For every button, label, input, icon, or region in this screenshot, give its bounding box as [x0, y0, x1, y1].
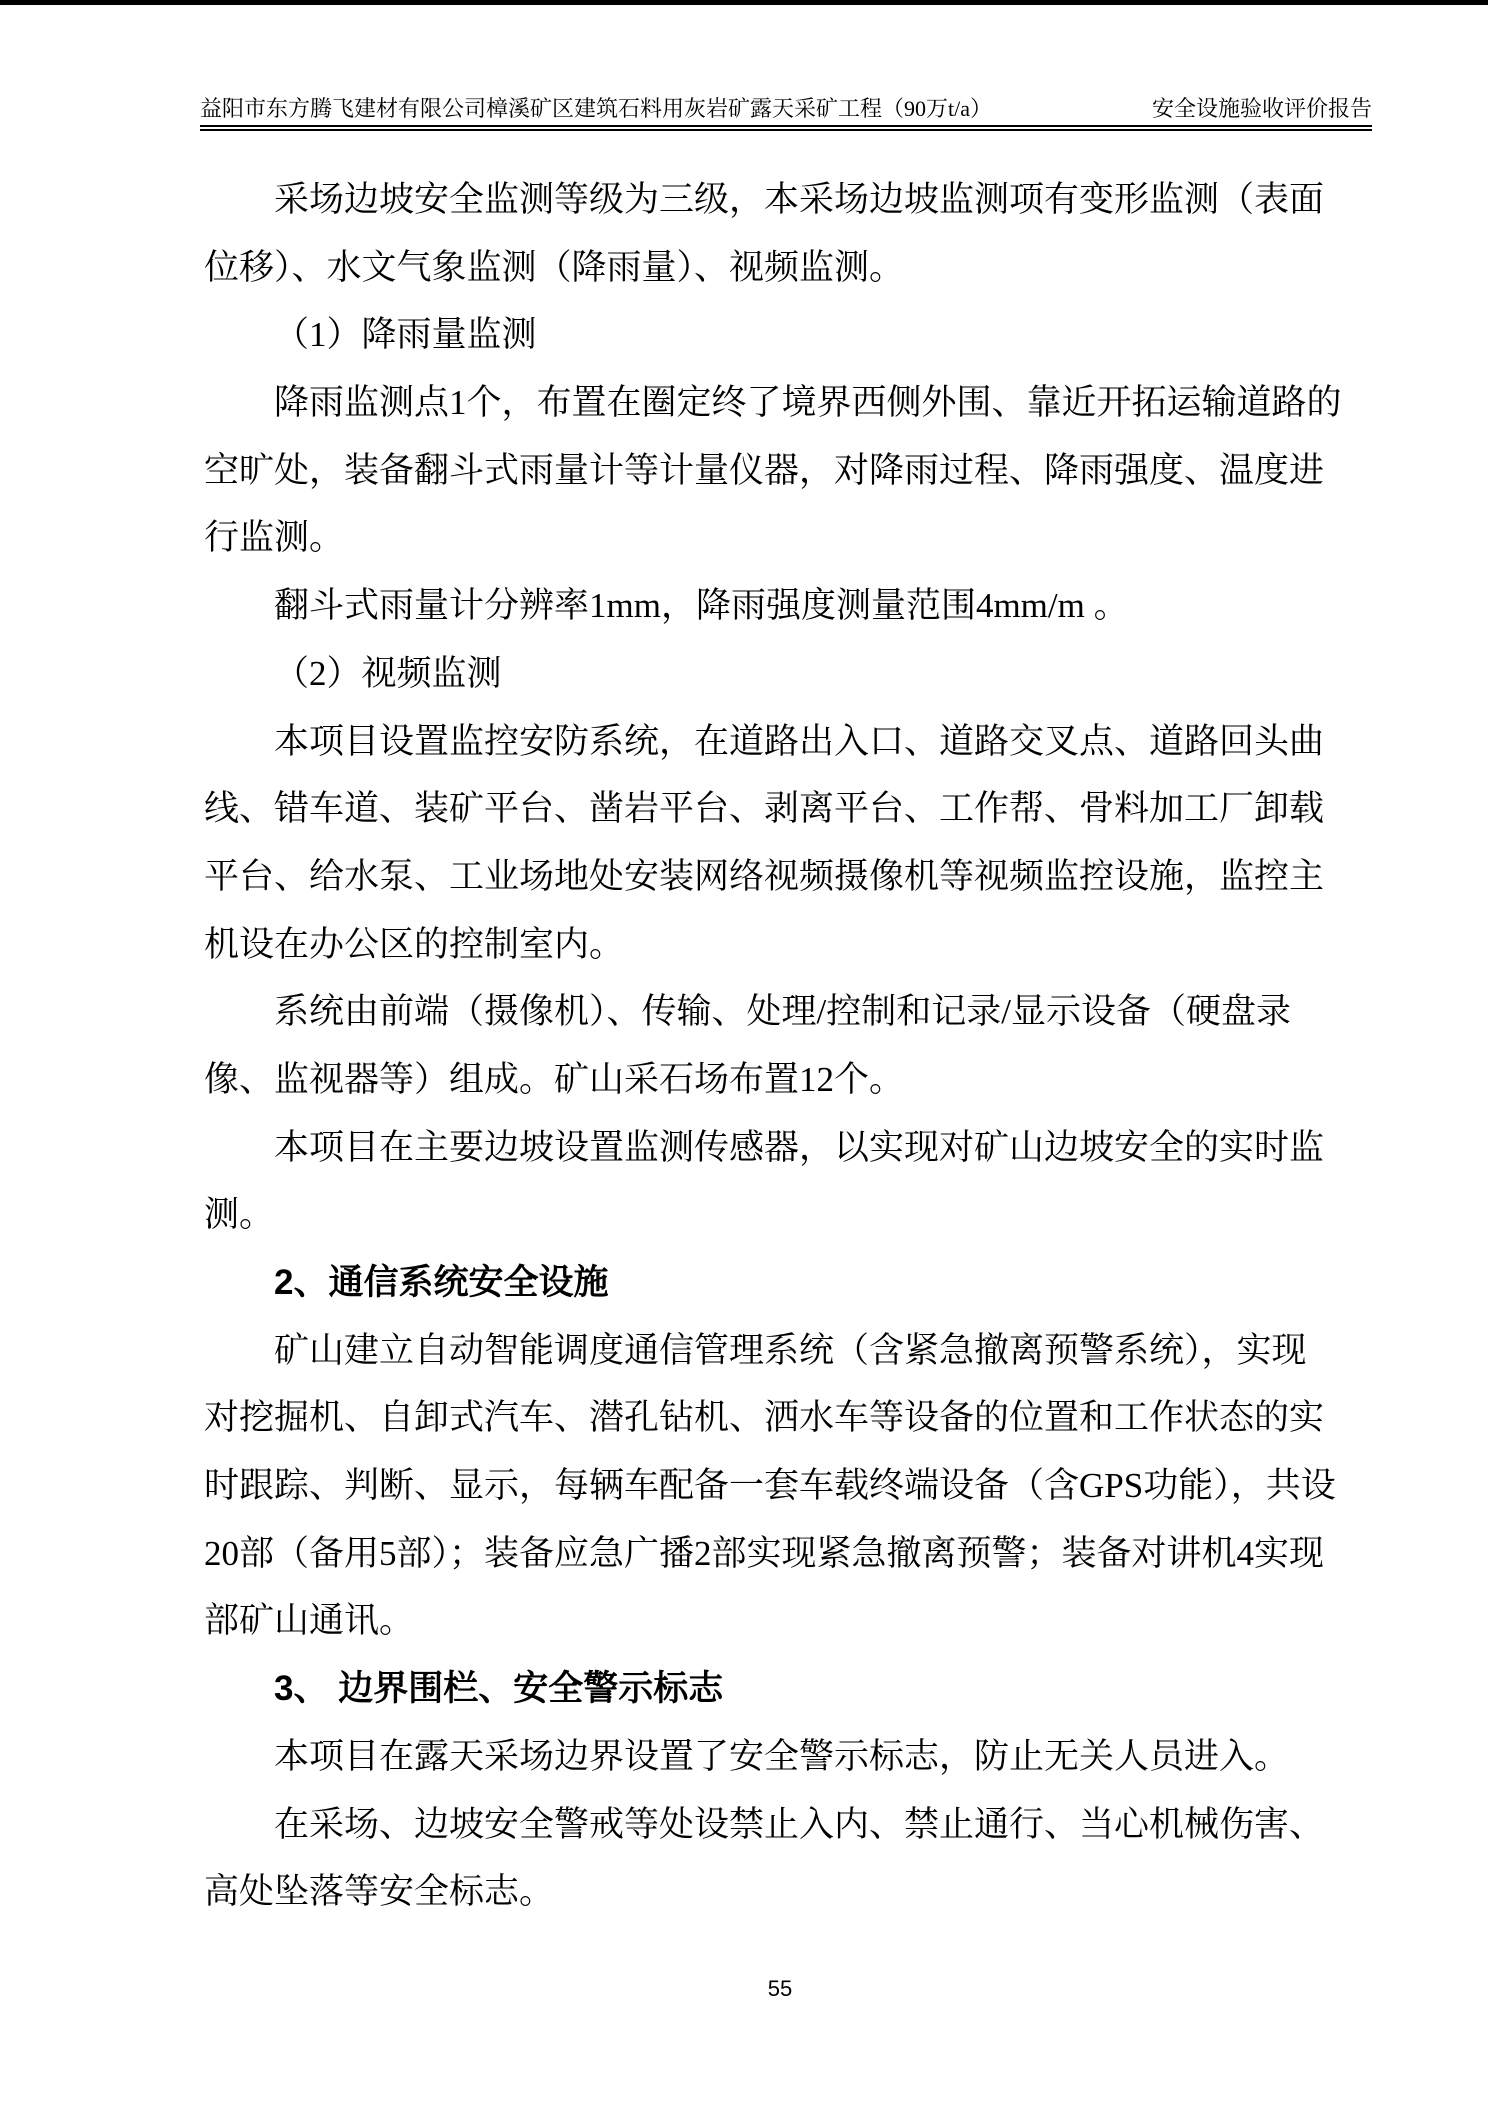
doc-line: 测。 [204, 1181, 1356, 1249]
page-header: 益阳市东方腾飞建材有限公司樟溪矿区建筑石料用灰岩矿露天采矿工程（90万t/a） … [200, 96, 1372, 131]
doc-line: 本项目设置监控安防系统，在道路出入口、道路交叉点、道路回头曲 [204, 708, 1356, 776]
document-page: 益阳市东方腾飞建材有限公司樟溪矿区建筑石料用灰岩矿露天采矿工程（90万t/a） … [0, 0, 1488, 2104]
doc-line: 对挖掘机、自卸式汽车、潜孔钻机、洒水车等设备的位置和工作状态的实 [204, 1384, 1356, 1452]
header-report-title: 安全设施验收评价报告 [1152, 96, 1372, 122]
doc-line: 采场边坡安全监测等级为三级，本采场边坡监测项有变形监测（表面 [204, 166, 1356, 234]
doc-line: 在采场、边坡安全警戒等处设禁止入内、禁止通行、当心机械伤害、 [204, 1791, 1356, 1859]
doc-subheading: （2）视频监测 [204, 640, 1356, 708]
doc-line: 本项目在主要边坡设置监测传感器，以实现对矿山边坡安全的实时监 [204, 1114, 1356, 1182]
page-footer: 55 [204, 1976, 1356, 2002]
doc-line: 部矿山通讯。 [204, 1587, 1356, 1655]
doc-line: 机设在办公区的控制室内。 [204, 911, 1356, 979]
doc-line: 降雨监测点1个，布置在圈定终了境界西侧外围、靠近开拓运输道路的 [204, 369, 1356, 437]
doc-line: 本项目在露天采场边界设置了安全警示标志，防止无关人员进入。 [204, 1723, 1356, 1791]
document-body: 采场边坡安全监测等级为三级，本采场边坡监测项有变形监测（表面 位移）、水文气象监… [204, 166, 1356, 1926]
page-number: 55 [768, 1976, 792, 2001]
doc-line: 行监测。 [204, 504, 1356, 572]
header-project-title: 益阳市东方腾飞建材有限公司樟溪矿区建筑石料用灰岩矿露天采矿工程（90万t/a） [200, 96, 992, 122]
doc-line: 时跟踪、判断、显示，每辆车配备一套车载终端设备（含GPS功能），共设 [204, 1452, 1356, 1520]
doc-subheading: （1）降雨量监测 [204, 301, 1356, 369]
doc-line: 20部（备用5部）；装备应急广播2部实现紧急撤离预警；装备对讲机4实现 [204, 1520, 1356, 1588]
top-border-bar [0, 0, 1488, 5]
section-heading: 2、通信系统安全设施 [204, 1249, 1356, 1317]
doc-line: 空旷处，装备翻斗式雨量计等计量仪器，对降雨过程、降雨强度、温度进 [204, 437, 1356, 505]
doc-line: 平台、给水泵、工业场地处安装网络视频摄像机等视频监控设施，监控主 [204, 843, 1356, 911]
doc-line: 线、错车道、装矿平台、凿岩平台、剥离平台、工作帮、骨料加工厂卸载 [204, 775, 1356, 843]
doc-line: 系统由前端（摄像机）、传输、处理/控制和记录/显示设备（硬盘录 [204, 978, 1356, 1046]
doc-line: 像、监视器等）组成。矿山采石场布置12个。 [204, 1046, 1356, 1114]
section-heading: 3、 边界围栏、安全警示标志 [204, 1655, 1356, 1723]
doc-line: 翻斗式雨量计分辨率1mm，降雨强度测量范围4mm/m 。 [204, 572, 1356, 640]
doc-line: 高处坠落等安全标志。 [204, 1858, 1356, 1926]
doc-line: 位移）、水文气象监测（降雨量）、视频监测。 [204, 234, 1356, 302]
doc-line: 矿山建立自动智能调度通信管理系统（含紧急撤离预警系统），实现 [204, 1317, 1356, 1385]
